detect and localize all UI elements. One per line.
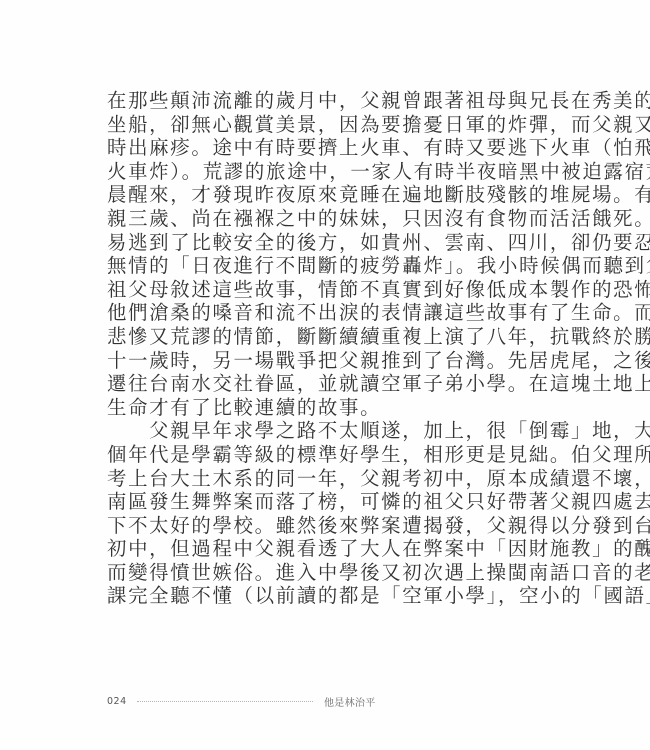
text-line: 生命才有了比較連續的故事。 <box>107 396 547 420</box>
text-line: 而變得憤世嫉俗。進入中學後又初次遇上操閩南語口音的老師，上 <box>107 561 547 585</box>
page-number: 024 <box>107 696 137 707</box>
paragraph-start-line: 父親早年求學之路不太順遂，加上，很「倒霉」地，大伯在那 <box>107 419 547 443</box>
page-footer: 024 他是林治平 <box>107 693 376 709</box>
text-line: 下不太好的學校。雖然後來弊案遭揭發，父親得以分發到台南市立 <box>107 514 547 538</box>
text-line: 南區發生舞弊案而落了榜，可憐的祖父只好帶著父親四處去投考鄉 <box>107 490 547 514</box>
text-line: 火車炸）。荒謬的旅途中，一家人有時半夜暗黑中被迫露宿荒地，次 <box>107 160 547 184</box>
text-line: 他們滄桑的嗓音和流不出淚的表情讓這些故事有了生命。而這些又 <box>107 301 547 325</box>
text-line: 課完全聽不懂（以前讀的都是「空軍小學」，空小的「國語」是熟 <box>107 584 547 608</box>
book-page: 在那些顛沛流離的歲月中，父親曾跟著祖母與兄長在秀美的湘江上 坐船，卻無心觀賞美景… <box>0 0 650 750</box>
text-line: 易逃到了比較安全的後方，如貴州、雲南、四川，卻仍要忍受日軍 <box>107 231 547 255</box>
text-line: 晨醒來，才發現昨夜原來竟睡在遍地斷肢殘骸的堆屍場。有個小父 <box>107 183 547 207</box>
text-line: 個年代是學霸等級的標準好學生，相形更是見絀。伯父理所當然地 <box>107 443 547 467</box>
text-line: 遷往台南水交社眷區，並就讀空軍子弟小學。在這塊土地上，他的 <box>107 372 547 396</box>
text-line: 十一歲時，另一場戰爭把父親推到了台灣。先居虎尾，之後一家人 <box>107 349 547 373</box>
text-line: 初中，但過程中父親看透了大人在弊案中「因財施教」的醜態，因 <box>107 537 547 561</box>
text-line: 親三歲、尚在襁褓之中的妹妹，只因沒有食物而活活餓死。好不容 <box>107 207 547 231</box>
text-line: 祖父母敘述這些故事，情節不真實到好像低成本製作的恐怖片，是 <box>107 278 547 302</box>
text-line: 考上台大土木系的同一年，父親考初中，原本成績還不壞，卻因台 <box>107 467 547 491</box>
text-line: 悲慘又荒謬的情節，斷斷續續重複上演了八年，抗戰終於勝利了。 <box>107 325 547 349</box>
text-line: 無情的「日夜進行不間斷的疲勞轟炸」。我小時候偶而聽到父親和 <box>107 254 547 278</box>
text-line: 在那些顛沛流離的歲月中，父親曾跟著祖母與兄長在秀美的湘江上 <box>107 89 547 113</box>
running-book-title: 他是林治平 <box>324 694 376 709</box>
body-text: 在那些顛沛流離的歲月中，父親曾跟著祖母與兄長在秀美的湘江上 坐船，卻無心觀賞美景… <box>107 89 547 608</box>
text-line: 坐船，卻無心觀賞美景，因為要擔憂日軍的炸彈，而父親又偏在此 <box>107 113 547 137</box>
footer-dotted-divider <box>137 701 313 702</box>
text-line: 時出麻疹。途中有時要擠上火車、有時又要逃下火車（怕飛機對準 <box>107 136 547 160</box>
